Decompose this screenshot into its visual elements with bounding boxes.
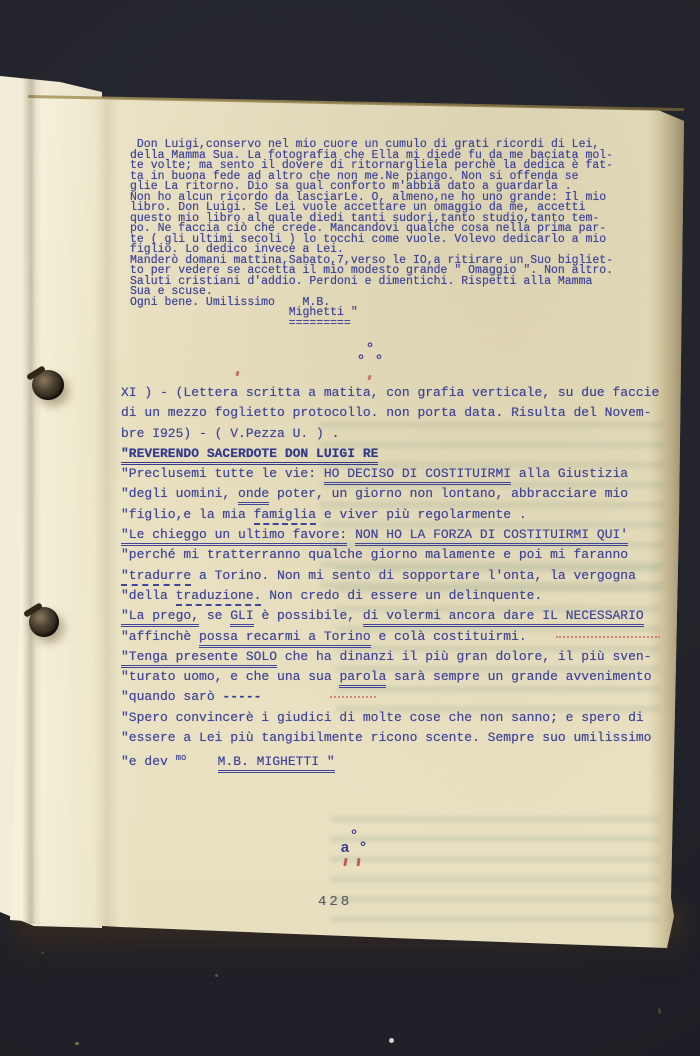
text-segment: XI ) - (Lettera scritta a matita, con gr… (121, 385, 659, 400)
text-segment: se (199, 608, 230, 623)
text-segment: "della (121, 588, 176, 603)
text-line: "tradurre a Torino. Non mi sento di sopp… (121, 566, 659, 586)
dust-speck (75, 1042, 79, 1045)
text-segment: sarà sempre un grande avvenimento (386, 669, 651, 684)
text-segment: "affinchè (121, 629, 199, 644)
text-segment: "La prego, (121, 608, 199, 627)
text-line: "figlio,e la mia famiglia e viver più re… (121, 505, 659, 525)
text-segment: possa recarmi a Torino (199, 629, 371, 648)
text-segment: è possibile, (254, 608, 363, 623)
text-line: "Preclusemi tutte le vie: HO DECISO DI C… (121, 464, 659, 484)
text-segment: ----- (222, 689, 261, 704)
dust-speck (658, 1008, 661, 1014)
text-line: "REVERENDO SACERDOTE DON LUIGI RE (121, 444, 659, 464)
text-segment: a Torino. Non mi sento di sopportare l'o… (191, 568, 636, 583)
text-line: "degli uomini, onde poter, un giorno non… (121, 484, 659, 504)
letter-two: XI ) - (Lettera scritta a matita, con gr… (121, 383, 659, 769)
text-segment: GLI (230, 608, 253, 627)
binding-crease (22, 78, 42, 924)
gutter-shadow (94, 100, 120, 926)
text-line: "La prego, se GLI è possibile, di volerm… (121, 606, 659, 626)
text-segment: "tradurre (121, 568, 191, 586)
bleed-through-text (330, 816, 660, 928)
text-line: "turato uomo, e che una sua parola sarà … (121, 667, 659, 687)
text-segment: "turato uomo, e che una sua (121, 669, 339, 684)
text-line: "Tenga presente SOLO che ha dinanzi il p… (121, 647, 659, 667)
dust-speck (389, 1038, 394, 1043)
text-segment: "Tenga presente SOLO (121, 649, 277, 668)
red-dotted-mark (330, 696, 376, 698)
text-segment: mo (176, 753, 187, 763)
text-segment: che ha dinanzi il più gran dolore, il pi… (277, 649, 651, 664)
text-segment: HO DECISO DI COSTITUIRMI (324, 466, 511, 485)
text-segment: "essere a Lei più tangibilmente ricono s… (121, 730, 652, 745)
text-line: bre I925) - ( V.Pezza U. ) . (121, 424, 659, 444)
text-segment: NON HO LA FORZA DI COSTITUIRMI QUI' (355, 527, 628, 546)
text-segment: M.B. MIGHETTI " (218, 754, 335, 773)
text-line: "Spero convincerè i giudici di molte cos… (121, 708, 659, 728)
text-segment: "figlio,e la mia (121, 507, 254, 522)
text-line: "perché mi tratterranno qualche giorno m… (121, 545, 659, 565)
text-segment: "perché mi tratterranno qualche giorno m… (121, 547, 628, 562)
text-segment: alla Giustizia (511, 466, 628, 481)
text-line: "e dev mo M.B. MIGHETTI " (121, 748, 659, 768)
text-segment (347, 527, 355, 542)
text-segment: "Le chieggo un ultimo favore: (121, 527, 347, 546)
binding-brad-top (32, 370, 64, 400)
text-segment: "Preclusemi tutte le vie: (121, 466, 324, 481)
letter-two-lines: XI ) - (Lettera scritta a matita, con gr… (121, 383, 659, 769)
separator-ornament-top: ° ° ° (348, 344, 392, 368)
text-segment: poter, un giorno non lontano, abbracciar… (269, 486, 628, 501)
text-segment: di volermi ancora dare IL NECESSARIO (363, 608, 644, 627)
text-segment: Non credo di essere un delinquente. (261, 588, 542, 603)
text-segment: "degli uomini, (121, 486, 238, 501)
text-line: "Le chieggo un ultimo favore: NON HO LA … (121, 525, 659, 545)
separator-ornament-bottom: ° a ° (332, 831, 376, 855)
text-segment: onde (238, 486, 269, 505)
text-segment (186, 754, 217, 769)
text-segment: bre I925) - ( V.Pezza U. ) . (121, 426, 339, 441)
text-line: ========= (130, 319, 613, 330)
text-segment: "quando sarò (121, 689, 222, 704)
red-dotted-mark (556, 636, 660, 638)
text-line: "della traduzione. Non credo di essere u… (121, 586, 659, 606)
text-line: XI ) - (Lettera scritta a matita, con gr… (121, 383, 659, 403)
letter-one: Don Luigi,conservo nel mio cuore un cumu… (130, 140, 613, 329)
text-segment: parola (339, 669, 386, 688)
text-line: "essere a Lei più tangibilmente ricono s… (121, 728, 659, 748)
text-line: "quando sarò ----- (121, 687, 659, 707)
text-segment: traduzione. (176, 588, 262, 606)
dust-speck (215, 974, 218, 977)
text-segment: "Spero convincerè i giudici di molte cos… (121, 710, 644, 725)
text-segment: "REVERENDO SACERDOTE DON LUIGI RE (121, 446, 378, 465)
text-segment: "e dev (121, 754, 176, 769)
text-segment: famiglia (254, 507, 316, 525)
page-number: 428 (318, 894, 352, 910)
binding-brad-bottom (29, 607, 59, 637)
text-line: di un mezzo foglietto protocollo. non po… (121, 403, 659, 423)
text-segment: e colà costituirmi. (371, 629, 527, 644)
letter-one-lines: Don Luigi,conservo nel mio cuore un cumu… (130, 140, 613, 329)
text-segment: di un mezzo foglietto protocollo. non po… (121, 405, 652, 420)
text-segment: e viver più regolarmente . (316, 507, 527, 522)
